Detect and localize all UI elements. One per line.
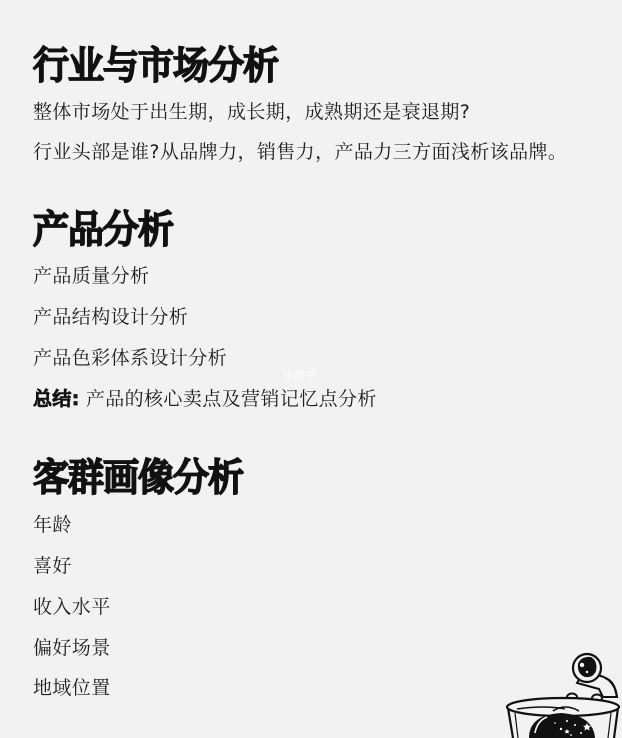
text-line: 喜好: [33, 554, 72, 578]
watermark: 小红书: [283, 367, 316, 383]
summary-line: 总结:产品的核心卖点及营销记忆点分析: [33, 387, 377, 411]
text-line: 地域位置: [33, 676, 111, 700]
text-line: 偏好场景: [33, 636, 111, 660]
section-customer-profile: 客群画像分析 年龄 喜好 收入水平 偏好场景 地域位置: [33, 456, 243, 500]
text-line: 年龄: [33, 513, 72, 537]
text-line: 行业头部是谁?从品牌力，销售力，产品力三方面浅析该品牌。: [33, 140, 567, 164]
summary-label: 总结:: [33, 388, 80, 410]
section-industry-market: 行业与市场分析 整体市场处于出生期，成长期，成熟期还是衰退期? 行业头部是谁?从…: [33, 44, 278, 88]
text-line: 产品结构设计分析: [33, 305, 188, 329]
astronaut-cup-icon: [505, 645, 622, 738]
text-line: 整体市场处于出生期，成长期，成熟期还是衰退期?: [33, 100, 470, 124]
text-line: 产品色彩体系设计分析: [33, 346, 227, 370]
text-line: 收入水平: [33, 595, 111, 619]
section-heading: 行业与市场分析: [33, 44, 278, 90]
section-heading: 客群画像分析: [33, 456, 243, 502]
section-product-analysis: 产品分析 产品质量分析 产品结构设计分析 产品色彩体系设计分析 总结:产品的核心…: [33, 208, 173, 252]
summary-text: 产品的核心卖点及营销记忆点分析: [86, 388, 377, 410]
section-heading: 产品分析: [33, 208, 173, 254]
text-line: 产品质量分析: [33, 264, 149, 288]
